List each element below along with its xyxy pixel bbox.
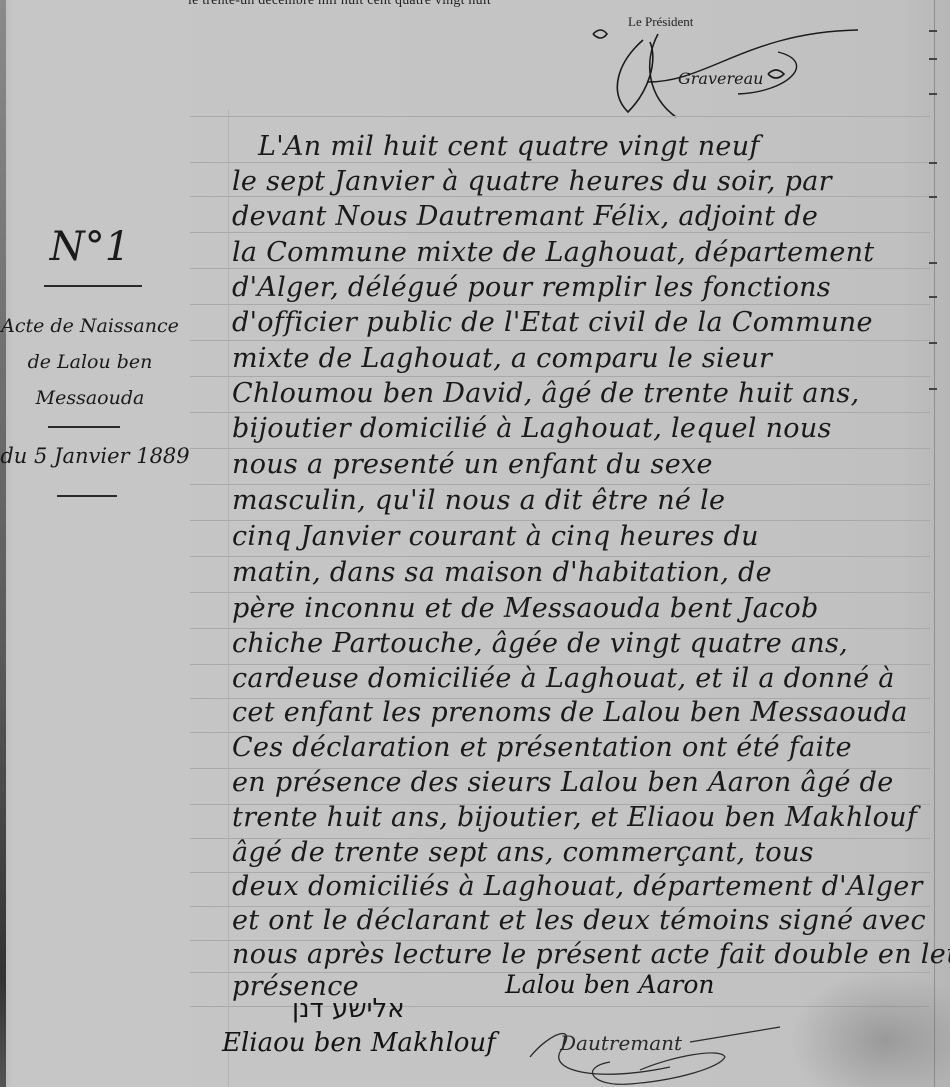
margin-divider (48, 426, 120, 428)
officer-signature-flourish: Dautremant (520, 1012, 790, 1087)
signature-hebrew: אלישע דנן (292, 994, 405, 1024)
body-line: Chloumou ben David, âgé de trente huit a… (232, 379, 932, 409)
body-line: cet enfant les prenoms de Lalou ben Mess… (232, 698, 932, 728)
body-line: devant Nous Dautremant Félix, adjoint de (232, 202, 932, 232)
signature-lalou-ben-aaron: Lalou ben Aaron (505, 970, 715, 999)
act-number: N°1 (40, 224, 140, 270)
body-line: nous après lecture le présent acte fait … (232, 940, 932, 970)
body-line: cinq Janvier courant à cinq heures du (232, 522, 932, 552)
edge-tick (929, 162, 937, 164)
ruled-line (190, 376, 930, 377)
body-line: bijoutier domicilié à Laghouat, lequel n… (232, 414, 932, 444)
previous-act-printed-date: le trente-un décembre mil huit cent quat… (188, 0, 491, 9)
body-line: nous a presenté un enfant du sexe (232, 450, 932, 480)
president-signature-flourish: Gravereau (588, 22, 858, 118)
body-line: la Commune mixte de Laghouat, départemen… (232, 238, 932, 268)
body-line: d'officier public de l'Etat civil de la … (232, 308, 932, 338)
body-line: deux domiciliés à Laghouat, département … (232, 872, 932, 902)
body-line: L'An mil huit cent quatre vingt neuf (258, 132, 950, 162)
officer-signature-text: Dautremant (559, 1031, 683, 1055)
ruled-line (190, 268, 930, 269)
body-line: cardeuse domiciliée à Laghouat, et il a … (232, 664, 932, 694)
paper-stain (790, 970, 950, 1087)
ruled-line (190, 304, 930, 305)
body-line: père inconnu et de Messaouda bent Jacob (232, 594, 932, 624)
edge-tick (929, 342, 937, 344)
president-signature-text: Gravereau (678, 69, 763, 88)
body-line: masculin, qu'il nous a dit être né le (232, 486, 932, 516)
ruled-line (190, 340, 930, 341)
body-line: âgé de trente sept ans, commerçant, tous (232, 838, 932, 868)
document-page: le trente-un décembre mil huit cent quat… (0, 0, 950, 1087)
ruled-line (190, 116, 930, 117)
edge-tick (929, 93, 937, 95)
act-title: Acte de Naissance de Lalou ben Messaouda (0, 308, 180, 416)
body-line: chiche Partouche, âgée de vingt quatre a… (232, 629, 932, 659)
act-title-line: Acte de Naissance (0, 308, 180, 344)
body-line: en présence des sieurs Lalou ben Aaron â… (232, 768, 932, 798)
edge-tick (929, 262, 937, 264)
body-line: Ces déclaration et présentation ont été … (232, 733, 932, 763)
ruled-line (190, 232, 930, 233)
margin-divider (44, 285, 142, 287)
act-title-line: de Lalou ben (0, 344, 180, 380)
body-line: trente huit ans, bijoutier, et Eliaou be… (232, 803, 932, 833)
edge-tick (929, 58, 937, 60)
body-line: mixte de Laghouat, a comparu le sieur (232, 344, 932, 374)
edge-tick (929, 296, 937, 298)
page-binding-edge (0, 0, 6, 1087)
edge-tick (929, 196, 937, 198)
body-line: et ont le déclarant et les deux témoins … (232, 906, 932, 936)
act-date: du 5 Janvier 1889 (0, 444, 190, 468)
body-line: d'Alger, délégué pour remplir les foncti… (232, 273, 932, 303)
act-title-line: Messaouda (0, 380, 180, 416)
body-line: le sept Janvier à quatre heures du soir,… (232, 167, 932, 197)
signature-eliaou-ben-makhlouf: Eliaou ben Makhlouf (222, 1028, 496, 1058)
ruled-line (190, 162, 930, 163)
body-line: matin, dans sa maison d'habitation, de (232, 558, 932, 588)
margin-divider (57, 495, 117, 497)
edge-tick (929, 388, 937, 390)
edge-tick (929, 30, 937, 32)
